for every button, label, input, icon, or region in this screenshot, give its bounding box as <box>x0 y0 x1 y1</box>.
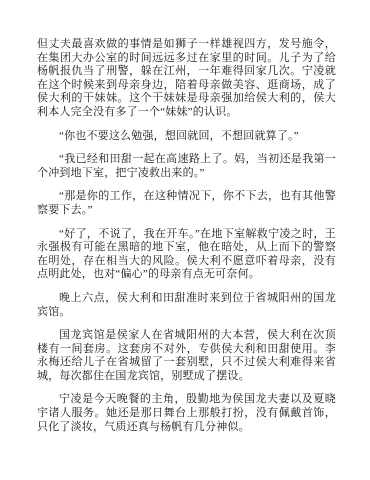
book-page: 但丈夫最喜欢做的事情是如狮子一样雄视四方，发号施令，在集团大办公室的时间远远多过… <box>0 0 370 480</box>
paragraph-dialogue: “你也不要这么勉强，想回就回，不想回就算了。” <box>37 130 336 144</box>
paragraph-narration: 宁凌是今天晚餐的主角，殷勤地为侯国龙夫妻以及夏晓宇诸人服务。她还是那日舞台上那般… <box>37 393 336 434</box>
paragraph-continuation: 但丈夫最喜欢做的事情是如狮子一样雄视四方，发号施令，在集团大办公室的时间远远多过… <box>37 38 336 120</box>
paragraph-narration: 国龙宾馆是侯家人在省城阳州的大本营，侯大利在次顶楼有一间套房。这套房不对外，专供… <box>37 329 336 383</box>
paragraph-dialogue: “我已经和田甜一起在高速路上了。妈，当初还是我第一个冲到地下室，把宁凌救出来的。… <box>37 153 336 180</box>
paragraph-narration: 晚上六点，侯大利和田甜准时来到位于省城阳州的国龙宾馆。 <box>37 292 336 319</box>
paragraph-narration: “好了，不说了，我在开车。”在地下室解救宁凌之时，王永强极有可能在黑暗的地下室，… <box>37 228 336 282</box>
paragraph-dialogue: “那是你的工作，在这种情况下，你不下去，也有其他警察要下去。” <box>37 190 336 217</box>
